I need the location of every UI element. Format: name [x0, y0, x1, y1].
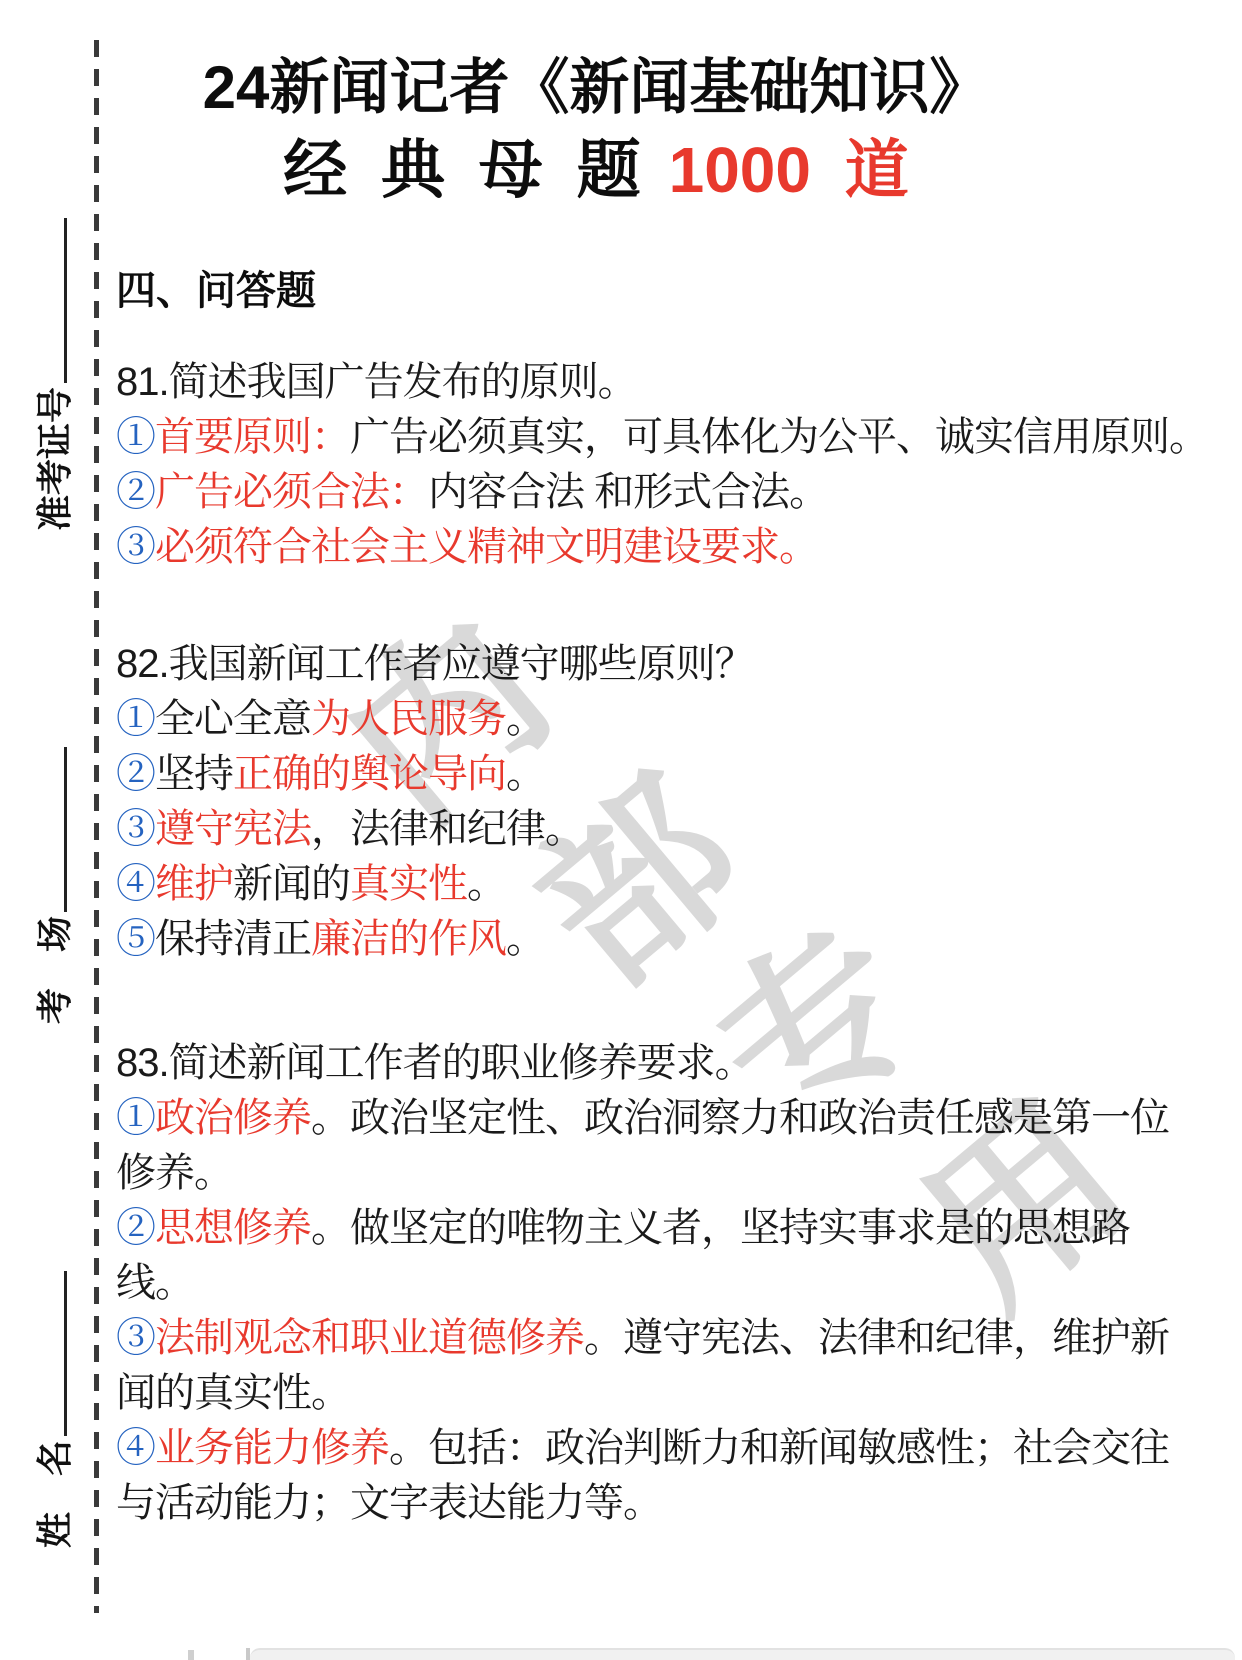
answer-bullet: ④ — [116, 1426, 155, 1470]
section-heading: 四、问答题 — [116, 267, 316, 315]
question-title: 82.我国新闻工作者应遵守哪些原则？ — [116, 637, 1196, 692]
answer-line: ②坚持正确的舆论导向。 — [116, 747, 1196, 802]
answer-segment: 坚持 — [155, 752, 233, 796]
answer-bullet: ① — [116, 1096, 155, 1140]
margin-label-text: 姓 名 — [35, 1440, 75, 1548]
answer-bullet: ① — [116, 697, 155, 741]
answer-line: ④业务能力修养。包括：政治判断力和新闻敏感性；社会交往与活动能力；文字表达能力等… — [116, 1421, 1196, 1531]
answer-line: ①政治修养。政治坚定性、政治洞察力和政治责任感是第一位修养。 — [116, 1091, 1196, 1201]
page-bottom-mark — [188, 1650, 194, 1660]
answer-bullet: ② — [116, 470, 155, 514]
answer-segment: ，法律和纪律。 — [311, 807, 584, 851]
answer-segment: 全心全意 — [155, 697, 311, 741]
answer-segment: 。 — [506, 917, 545, 961]
binding-dashed-line — [94, 40, 99, 1613]
answer-segment: 正确的舆论导向 — [233, 752, 506, 796]
fill-blank-line — [58, 218, 67, 383]
answer-line: ①全心全意为人民服务。 — [116, 692, 1196, 747]
answer-segment: 政治修养 — [155, 1096, 311, 1140]
page-title-line1: 24新闻记者《新闻基础知识》 — [116, 52, 1076, 124]
fill-blank-line — [58, 747, 67, 912]
answer-segment: 首要原则： — [155, 415, 350, 459]
answer-segment: 。 — [506, 697, 545, 741]
answer-line: ④维护新闻的真实性。 — [116, 857, 1196, 912]
answer-segment: 内容合法 和形式合法。 — [428, 470, 828, 514]
answer-segment: 。 — [467, 862, 506, 906]
answer-bullet: ③ — [116, 1316, 155, 1360]
question-title: 81.简述我国广告发布的原则。 — [116, 355, 1196, 410]
exam-study-sheet-page: 内 部 专 用 准考证号 考 场 姓 名 24新闻记者《新闻基础知识》 经 典 … — [0, 0, 1242, 1660]
margin-label-text: 考 场 — [35, 916, 75, 1024]
answer-line: ③遵守宪法，法律和纪律。 — [116, 802, 1196, 857]
answer-segment: 。 — [506, 752, 545, 796]
answer-bullet: ② — [116, 1206, 155, 1250]
answer-segment: 新闻的 — [233, 862, 350, 906]
answer-line: ⑤保持清正廉洁的作风。 — [116, 912, 1196, 967]
answer-bullet: ⑤ — [116, 917, 155, 961]
answer-segment: 必须符合社会主义精神文明建设要求。 — [155, 525, 818, 569]
answer-segment: 维护 — [155, 862, 233, 906]
answer-segment: 业务能力修养 — [155, 1426, 389, 1470]
page-title-count-red: 1000 道 — [669, 134, 909, 206]
answer-line: ③必须符合社会主义精神文明建设要求。 — [116, 520, 1196, 575]
fill-blank-line — [58, 1271, 67, 1436]
answer-segment: 遵守宪法 — [155, 807, 311, 851]
answer-bullet: ③ — [116, 807, 155, 851]
answer-segment: 为人民服务 — [311, 697, 506, 741]
answer-bullet: ③ — [116, 525, 155, 569]
answer-segment: 广告必须真实，可具体化为公平、诚实信用原则。 — [350, 415, 1208, 459]
answer-segment: 保持清正 — [155, 917, 311, 961]
margin-label-name: 姓 名 — [33, 1268, 77, 1548]
margin-label-admission-number: 准考证号 — [33, 191, 77, 531]
answer-line: ③法制观念和职业道德修养。遵守宪法、法律和纪律，维护新闻的真实性。 — [116, 1311, 1196, 1421]
question-82-block: 82.我国新闻工作者应遵守哪些原则？ ①全心全意为人民服务。 ②坚持正确的舆论导… — [116, 637, 1196, 967]
answer-segment: 法制观念和职业道德修养 — [155, 1316, 584, 1360]
margin-label-exam-room: 考 场 — [33, 744, 77, 1024]
question-title: 83.简述新闻工作者的职业修养要求。 — [116, 1036, 1196, 1091]
page-title-line2-black: 经 典 母 题 — [283, 134, 640, 206]
margin-label-text: 准考证号 — [35, 387, 75, 531]
answer-segment: 真实性 — [350, 862, 467, 906]
answer-bullet: ④ — [116, 862, 155, 906]
answer-segment: 思想修养 — [155, 1206, 311, 1250]
next-card-top-edge — [250, 1648, 1235, 1660]
question-83-block: 83.简述新闻工作者的职业修养要求。 ①政治修养。政治坚定性、政治洞察力和政治责… — [116, 1036, 1196, 1531]
answer-line: ②广告必须合法：内容合法 和形式合法。 — [116, 465, 1196, 520]
page-title-line2: 经 典 母 题1000 道 — [116, 134, 1076, 206]
answer-bullet: ② — [116, 752, 155, 796]
answer-segment: 广告必须合法： — [155, 470, 428, 514]
answer-bullet: ① — [116, 415, 155, 459]
answer-segment: 廉洁的作风 — [311, 917, 506, 961]
page-bottom-mark — [246, 1648, 250, 1660]
question-81-block: 81.简述我国广告发布的原则。 ①首要原则：广告必须真实，可具体化为公平、诚实信… — [116, 355, 1196, 575]
answer-line: ②思想修养。做坚定的唯物主义者，坚持实事求是的思想路线。 — [116, 1201, 1196, 1311]
answer-line: ①首要原则：广告必须真实，可具体化为公平、诚实信用原则。 — [116, 410, 1196, 465]
